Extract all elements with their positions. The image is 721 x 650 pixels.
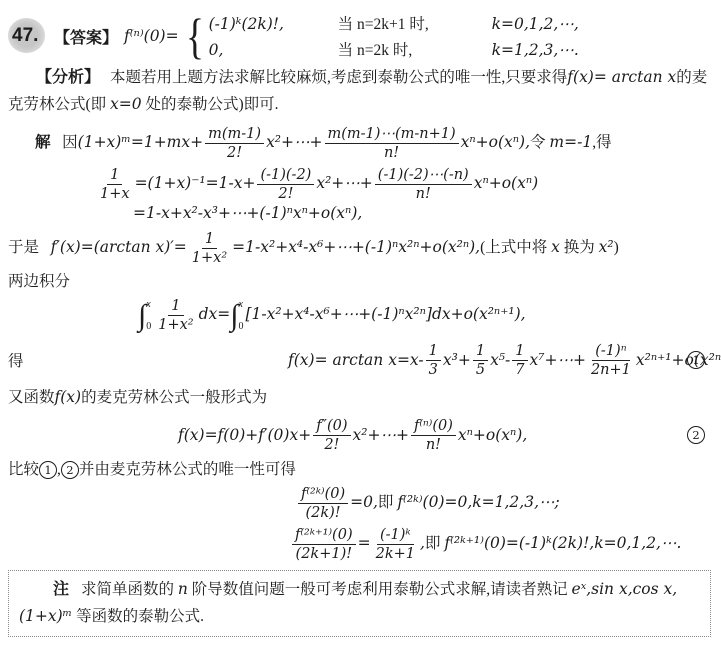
math-run: f⁽²ᵏ⁺¹⁾(0)=(-1)ᵏ(2k)!,k=0,1,2,⋯. — [444, 534, 681, 552]
equation-number-2: 2 — [687, 426, 705, 444]
integral-upper-limit: x — [146, 300, 151, 310]
fraction-denominator: 2! — [321, 436, 342, 453]
math-run: f⁽²ᵏ⁾(0)=0,k=1,2,3,⋯; — [397, 493, 559, 511]
solution-line-maclaurin-general: f(x)=f(0)+f′(0)x+f″(0)2!x²+⋯+f⁽ⁿ⁾(0)n!xⁿ… — [8, 414, 711, 456]
fraction-denominator: (2k)! — [302, 504, 343, 521]
fraction-numerator: 1 — [473, 343, 488, 361]
integral-sign: ∫x0 — [230, 299, 245, 333]
math-run: x² — [599, 238, 614, 256]
fraction-numerator: 1 — [168, 298, 183, 316]
equation-number-1: 1 — [687, 351, 705, 369]
solution-label: 解 — [35, 134, 51, 151]
fraction: f″(0)2! — [313, 418, 350, 453]
fraction-denominator: 2! — [224, 144, 245, 161]
fraction-denominator: 2k+1 — [373, 545, 418, 562]
math-run: = — [358, 534, 371, 552]
text-run: 因 — [62, 134, 78, 151]
solution-line-expansion-a: 11+x=(1+x)⁻¹=1-x+(-1)(-2)2!x²+⋯+(-1)(-2)… — [95, 167, 711, 202]
analysis-math: f(x)= arctan x — [567, 68, 676, 86]
fraction-denominator: 2n+1 — [588, 361, 634, 378]
integral-sign: ∫x0 — [138, 299, 153, 333]
math-run: dx= — [199, 305, 231, 323]
note-label: 注 — [53, 581, 69, 598]
fraction-denominator: n! — [413, 185, 434, 202]
math-run: x⁷+⋯+ — [530, 351, 586, 369]
fraction-numerator: f″(0) — [313, 418, 350, 436]
fraction: (-1)(-2)⋯(-n)n! — [375, 167, 472, 202]
inline-equation-number-1: 1 — [39, 461, 57, 479]
solution-line-odd-derivatives: f⁽²ᵏ⁺¹⁾(0)(2k+1)!=(-1)ᵏ2k+1,即 f⁽²ᵏ⁺¹⁾(0)… — [290, 527, 711, 562]
fraction-denominator: 2! — [275, 185, 296, 202]
fraction-denominator: n! — [423, 436, 444, 453]
math-run: f(x) — [55, 388, 82, 406]
math-run: x²+⋯+ — [316, 174, 372, 192]
math-run: xⁿ+o(xⁿ), — [461, 133, 530, 151]
fraction-numerator: f⁽ⁿ⁾(0) — [411, 418, 456, 436]
math-run: x²+⋯+ — [266, 133, 322, 151]
fraction-numerator: 1 — [512, 343, 527, 361]
analysis-paragraph: 【分析】本题若用上题方法求解比较麻烦,考虑到泰勒公式的唯一性,只要求得f(x)=… — [8, 64, 711, 118]
integral-lower-limit: 0 — [238, 322, 243, 332]
math-run: =0, — [350, 493, 378, 511]
answer-label: 【答案】 — [54, 25, 118, 48]
math-run: =1-x²+x⁴-x⁶+⋯+(-1)ⁿx²ⁿ+o(x²ⁿ), — [232, 238, 480, 256]
text-run: 又函数 — [8, 389, 55, 406]
fraction-denominator: (2k+1)! — [293, 545, 356, 562]
fraction: m(m-1)2! — [205, 126, 264, 161]
case-value: 0, — [209, 41, 334, 59]
question-number-text: 47. — [8, 25, 38, 46]
text-run: 令 — [530, 134, 549, 151]
inline-equation-number-2: 2 — [61, 461, 79, 479]
fraction: (-1)ⁿ2n+1 — [588, 343, 634, 378]
fraction: 11+x² — [155, 298, 196, 333]
text-run: ,得 — [592, 134, 611, 151]
integral-lower-limit: 0 — [146, 322, 151, 332]
text-run: 于是 — [8, 239, 39, 256]
integral-upper-limit: x — [238, 300, 243, 310]
text-run: (上式中将 — [480, 239, 551, 256]
fraction-denominator: n! — [381, 144, 402, 161]
fraction: f⁽²ᵏ⁺¹⁾(0)(2k+1)! — [292, 527, 356, 562]
note-text: 阶导数值问题一般可考虑利用泰勒公式求解,请读者熟记 — [188, 581, 572, 598]
text-run: 的麦克劳林公式一般形式为 — [81, 389, 267, 406]
piecewise-brace: { — [186, 13, 204, 59]
fraction-denominator: 5 — [473, 361, 488, 378]
text-run: ) — [614, 239, 619, 256]
fraction-numerator: (-1)ᵏ — [377, 527, 414, 545]
text-run: 即 — [425, 535, 444, 552]
analysis-text: 处的泰勒公式)即可. — [142, 96, 279, 113]
fraction-denominator: 3 — [426, 361, 441, 378]
fraction: (-1)(-2)2! — [257, 167, 314, 202]
answer-lhs: f⁽ⁿ⁾(0)= — [124, 27, 179, 45]
case-condition: 当 n=2k+1 时, — [338, 12, 488, 34]
maclaurin-intro-text: 又函数f(x)的麦克劳林公式一般形式为 — [8, 385, 711, 410]
solution-line-binomial: 解 因(1+x)ᵐ=1+mx+m(m-1)2!x²+⋯+m(m-1)⋯(m-n+… — [35, 126, 711, 161]
math-run: x³+ — [443, 351, 471, 369]
case-range: k=1,2,3,⋯. — [492, 41, 579, 59]
fraction-numerator: m(m-1)⋯(m-n+1) — [325, 126, 459, 144]
case-condition: 当 n=2k 时, — [338, 38, 488, 60]
math-run: x²+⋯+ — [353, 426, 409, 444]
note-box: 注求简单函数的 n 阶导数值问题一般可考虑利用泰勒公式求解,请读者熟记 eˣ,s… — [8, 570, 711, 637]
fraction-numerator: (-1)(-2) — [257, 167, 314, 185]
math-run: f(x)=f(0)+f′(0)x+ — [178, 426, 311, 444]
textbook-solution-page: 47. 【答案】 f⁽ⁿ⁾(0)= { (-1)ᵏ(2k)!, 当 n=2k+1… — [0, 0, 721, 650]
math-run: (1+x)ᵐ=1+mx+ — [78, 133, 203, 151]
math-run: x⁵- — [490, 351, 510, 369]
case-value: (-1)ᵏ(2k)!, — [209, 15, 334, 33]
math-run: x²ⁿ⁺¹+o(x²ⁿ⁺¹). — [636, 351, 721, 369]
solution-line-even-derivatives: f⁽²ᵏ⁾(0)(2k)!=0,即 f⁽²ᵏ⁾(0)=0,k=1,2,3,⋯; — [296, 486, 711, 521]
fraction: 15 — [473, 343, 488, 378]
fraction: f⁽²ᵏ⁾(0)(2k)! — [298, 486, 348, 521]
fraction: f⁽ⁿ⁾(0)n! — [411, 418, 456, 453]
text-run: 即 — [378, 494, 397, 511]
result-label: 得 — [8, 349, 24, 371]
fraction: 11+x² — [189, 231, 230, 266]
fraction-numerator: (-1)(-2)⋯(-n) — [375, 167, 472, 185]
math-run: x — [551, 238, 560, 256]
fraction-numerator: m(m-1) — [205, 126, 264, 144]
math-run: m=-1 — [549, 133, 592, 151]
math-run: f(x)= arctan x=x- — [288, 351, 424, 369]
solution-line-derivative: 于是 f′(x)=(arctan x)′=11+x²=1-x²+x⁴-x⁶+⋯+… — [8, 231, 711, 266]
fraction-denominator: 1+x² — [155, 316, 196, 333]
question-number: 47. — [8, 20, 50, 52]
fraction-denominator: 1+x — [97, 185, 133, 202]
analysis-math: x=0 — [110, 95, 142, 113]
math-run: xⁿ+o(xⁿ), — [458, 426, 527, 444]
solution-line-arctan-series: 得 f(x)= arctan x=x-13x³+15x⁵-17x⁷+⋯+(-1)… — [8, 339, 711, 381]
piecewise-cases: (-1)ᵏ(2k)!, 当 n=2k+1 时, k=0,1,2,⋯, 0, 当 … — [209, 12, 579, 60]
compare-equations-text: 比较1,2并由麦克劳林公式的唯一性可得 — [8, 458, 711, 482]
note-text: 等函数的泰勒公式. — [72, 608, 204, 625]
text-run: 比较 — [8, 461, 39, 478]
fraction-numerator: f⁽²ᵏ⁾(0) — [298, 486, 348, 504]
fraction-numerator: 1 — [202, 231, 217, 249]
fraction: m(m-1)⋯(m-n+1)n! — [325, 126, 459, 161]
fraction: (-1)ᵏ2k+1 — [373, 527, 418, 562]
text-run: 并由麦克劳林公式的唯一性可得 — [79, 461, 296, 478]
math-run: [1-x²+x⁴-x⁶+⋯+(-1)ⁿx²ⁿ]dx+o(x²ⁿ⁺¹), — [245, 305, 525, 323]
text-run: 换为 — [560, 239, 599, 256]
integral-glyph: ∫ — [138, 301, 146, 331]
solution-line-expansion-b: =1-x+x²-x³+⋯+(-1)ⁿxⁿ+o(xⁿ), — [133, 204, 711, 223]
text-run: 两边积分 — [8, 273, 70, 290]
fraction-denominator: 1+x² — [189, 249, 230, 266]
fraction: 13 — [426, 343, 441, 378]
fraction-numerator: 1 — [107, 167, 122, 185]
note-math: n — [178, 580, 188, 598]
analysis-text: 本题若用上题方法求解比较麻烦,考虑到泰勒公式的唯一性,只要求得 — [110, 69, 567, 86]
analysis-label: 【分析】 — [36, 69, 100, 86]
case-range: k=0,1,2,⋯, — [492, 15, 579, 33]
fraction: 17 — [512, 343, 527, 378]
note-text: 求简单函数的 — [81, 581, 178, 598]
integral-limits: x0 — [146, 299, 151, 333]
math-run: =1-x+x²-x³+⋯+(-1)ⁿxⁿ+o(xⁿ), — [133, 204, 362, 222]
fraction-numerator: (-1)ⁿ — [592, 343, 629, 361]
solution-line-integral: ∫x011+x²dx=∫x0[1-x²+x⁴-x⁶+⋯+(-1)ⁿx²ⁿ]dx+… — [138, 298, 711, 333]
integral-limits: x0 — [238, 299, 243, 333]
math-run: xⁿ+o(xⁿ) — [474, 174, 538, 192]
integrate-both-sides-text: 两边积分 — [8, 270, 711, 294]
answer-block: 47. 【答案】 f⁽ⁿ⁾(0)= { (-1)ᵏ(2k)!, 当 n=2k+1… — [8, 12, 711, 60]
fraction-numerator: f⁽²ᵏ⁺¹⁾(0) — [292, 527, 356, 545]
fraction-numerator: 1 — [426, 343, 441, 361]
math-run: =(1+x)⁻¹=1-x+ — [135, 174, 256, 192]
fraction: 11+x — [97, 167, 133, 202]
fraction-denominator: 7 — [512, 361, 527, 378]
math-run: f′(x)=(arctan x)′= — [51, 238, 187, 256]
